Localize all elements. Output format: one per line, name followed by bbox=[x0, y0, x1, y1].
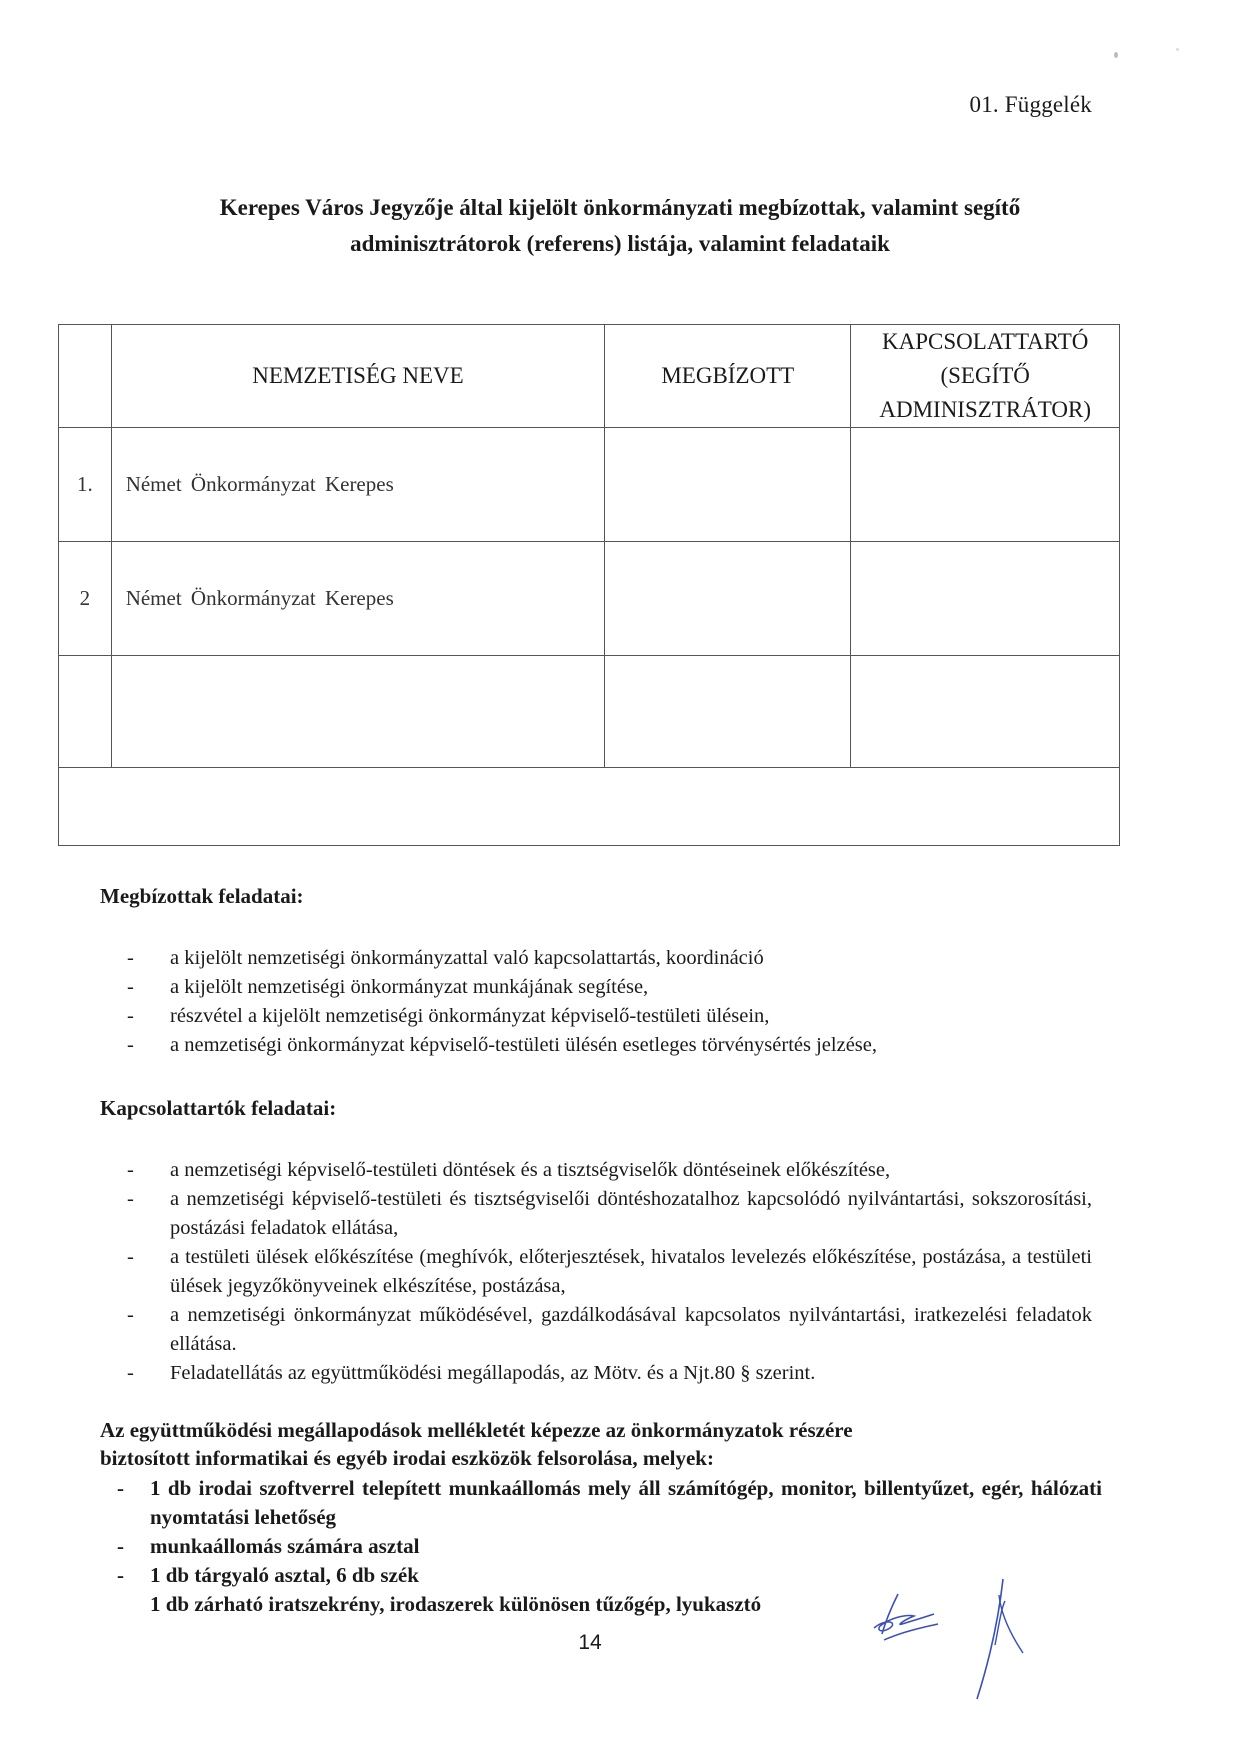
delegates-table: NEMZETISÉG NEVE MEGBÍZOTT KAPCSOLATTARTÓ… bbox=[58, 324, 1120, 846]
row-contact-person bbox=[851, 542, 1120, 656]
table-row-merged bbox=[59, 768, 1120, 846]
header-contact-line-3: ADMINISZTRÁTOR) bbox=[851, 393, 1119, 427]
list-item: a nemzetiségi önkormányzat képviselő-tes… bbox=[127, 1031, 1092, 1060]
list-item: a kijelölt nemzetiségi önkormányzattal v… bbox=[127, 944, 1092, 973]
list-item: a nemzetiségi képviselő-testületi és tis… bbox=[127, 1185, 1092, 1243]
list-item: 1 db zárható iratszekrény, irodaszerek k… bbox=[117, 1590, 1102, 1619]
row-delegate bbox=[605, 656, 851, 768]
header-delegate: MEGBÍZOTT bbox=[605, 325, 851, 428]
row-nationality-name: Német Önkormányzat Kerepes bbox=[111, 428, 605, 542]
table-row bbox=[59, 656, 1120, 768]
table-row: 2 Német Önkormányzat Kerepes bbox=[59, 542, 1120, 656]
list-item: Feladatellátás az együttműködési megálla… bbox=[127, 1359, 1092, 1388]
row-number bbox=[59, 656, 112, 768]
list-item: munkaállomás számára asztal bbox=[117, 1532, 1102, 1561]
row-contact-person bbox=[851, 656, 1120, 768]
delegates-task-list: a kijelölt nemzetiségi önkormányzattal v… bbox=[127, 944, 1092, 1060]
contacts-task-list: a nemzetiségi képviselő-testületi döntés… bbox=[127, 1156, 1092, 1388]
row-delegate bbox=[605, 428, 851, 542]
header-contact-person: KAPCSOLATTARTÓ (SEGÍTŐ ADMINISZTRÁTOR) bbox=[851, 325, 1120, 428]
list-item: a nemzetiségi képviselő-testületi döntés… bbox=[127, 1156, 1092, 1185]
section-heading-delegates: Megbízottak feladatai: bbox=[100, 884, 304, 909]
row-number: 1. bbox=[59, 428, 112, 542]
scan-speck bbox=[1176, 48, 1179, 51]
list-item: a nemzetiségi önkormányzat működésével, … bbox=[127, 1301, 1092, 1359]
scan-speck bbox=[1114, 52, 1118, 58]
header-number bbox=[59, 325, 112, 428]
row-nationality-name: Német Önkormányzat Kerepes bbox=[111, 542, 605, 656]
document-title-line-1: Kerepes Város Jegyzője által kijelölt ön… bbox=[120, 190, 1120, 226]
appendix-label: 01. Függelék bbox=[970, 92, 1093, 118]
page-number: 14 bbox=[560, 1631, 620, 1655]
row-number: 2 bbox=[59, 542, 112, 656]
table-header-row: NEMZETISÉG NEVE MEGBÍZOTT KAPCSOLATTARTÓ… bbox=[59, 325, 1120, 428]
header-contact-line-1: KAPCSOLATTARTÓ bbox=[851, 325, 1119, 359]
header-nationality-name: NEMZETISÉG NEVE bbox=[111, 325, 605, 428]
list-item: 1 db tárgyaló asztal, 6 db szék bbox=[117, 1561, 1102, 1590]
signature-mark-icon bbox=[965, 1575, 1035, 1715]
table-row: 1. Német Önkormányzat Kerepes bbox=[59, 428, 1120, 542]
equipment-intro-line-2: biztosított informatikai és egyéb irodai… bbox=[100, 1444, 1100, 1472]
header-contact-line-2: (SEGÍTŐ bbox=[851, 359, 1119, 393]
equipment-intro: Az együttműködési megállapodások mellékl… bbox=[100, 1416, 1100, 1472]
list-item: 1 db irodai szoftverrel telepített munka… bbox=[117, 1474, 1102, 1532]
equipment-intro-line-1: Az együttműködési megállapodások mellékl… bbox=[100, 1416, 1100, 1444]
document-title: Kerepes Város Jegyzője által kijelölt ön… bbox=[120, 190, 1120, 262]
row-nationality-name bbox=[111, 656, 605, 768]
list-item: részvétel a kijelölt nemzetiségi önkormá… bbox=[127, 1002, 1092, 1031]
equipment-list: 1 db irodai szoftverrel telepített munka… bbox=[117, 1474, 1102, 1619]
signature-initials-icon bbox=[840, 1588, 950, 1648]
list-item: a kijelölt nemzetiségi önkormányzat munk… bbox=[127, 973, 1092, 1002]
list-item: a testületi ülések előkészítése (meghívó… bbox=[127, 1243, 1092, 1301]
document-title-line-2: adminisztrátorok (referens) listája, val… bbox=[120, 226, 1120, 262]
row-delegate bbox=[605, 542, 851, 656]
row-contact-person bbox=[851, 428, 1120, 542]
section-heading-contacts: Kapcsolattartók feladatai: bbox=[100, 1096, 336, 1121]
merged-empty-cell bbox=[59, 768, 1120, 846]
